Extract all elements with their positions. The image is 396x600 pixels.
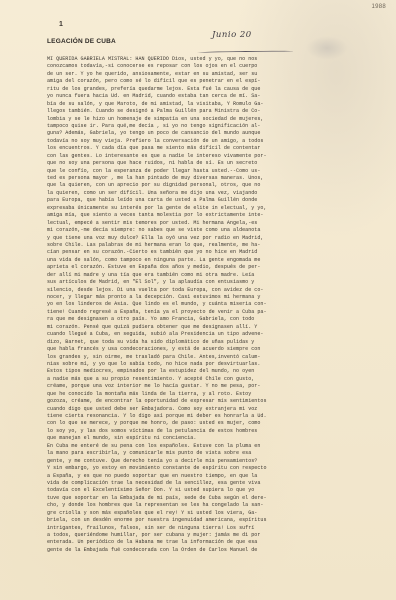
page-marker: 1	[59, 21, 63, 28]
letter-line: lombia y se le hizo un homenaje de simpa…	[47, 116, 387, 123]
letter-line: gente, y me contuve. Que derecho tenía y…	[47, 458, 387, 465]
letter-line: que le confío, con la esperanza de poder…	[47, 168, 387, 175]
letter-line: ritu de los grandes, prefería quedarme l…	[47, 86, 387, 93]
letter-line: lo soy yo, y las dos somos víctimas de l…	[47, 428, 387, 435]
letter-line: expresaba únicamente su interés por la g…	[47, 205, 387, 212]
archive-number: 1988	[371, 4, 386, 10]
letter-line: silencio, desde lejos. Di una vuelta por…	[47, 287, 387, 294]
letter-line: Y sin embargo, yo estoy en movimiento co…	[47, 465, 387, 472]
letter-line: a todos, queriéndome humillar, por ser c…	[47, 532, 387, 539]
letter-line: con lo que se merece, y porque me honro,…	[47, 420, 387, 427]
letter-line: MI QUERIDA GABRIELA MISTRAL: HAN QUERIDO…	[47, 56, 387, 63]
letter-line: Estos tipos mediocres, empinados por la …	[47, 368, 387, 375]
letter-line: tampoco quise ir. Para qué,me decía , si…	[47, 123, 387, 130]
letter-line: amiga mía, que siento a veces tanta mole…	[47, 212, 387, 219]
letter-page: 1988 1 LEGACIÓN DE CUBA Junio 20 MI QUER…	[0, 0, 396, 600]
letter-line: de un ser. Y yo he querido, ansiosamente…	[47, 71, 387, 78]
letter-line: tiene cierta resonancia. Y lo digo así p…	[47, 413, 387, 420]
letter-line: cuando llegué a Cuba, en seguida, subió …	[47, 331, 387, 338]
letter-line: guna? Además, Gabriela, yo tengo un poco…	[47, 130, 387, 137]
letter-line: todavía con el Excelentísimo Señor Don. …	[47, 487, 387, 494]
letter-line: a nadie más que a su propio resentimient…	[47, 376, 387, 383]
letter-line: gre criolla y son más españoles que el r…	[47, 510, 387, 517]
letter-line: la mano para escribirla, y comunicarle m…	[47, 450, 387, 457]
letter-body: MI QUERIDA GABRIELA MISTRAL: HAN QUERIDO…	[47, 56, 387, 554]
letter-line: yo nunca fuera hacia Ud. en Madrid, cuan…	[47, 93, 387, 100]
letter-line: con las gentes. Lo interesante es que a …	[47, 153, 387, 160]
letter-line: que no soy una persona que hace ruidos, …	[47, 160, 387, 167]
letter-line: créame, porque una voz interior me lo ha…	[47, 383, 387, 390]
letter-line: aprieta el corazón. Estuve en España dos…	[47, 264, 387, 271]
letter-line: lectual, empecé a sentir mis temores por…	[47, 220, 387, 227]
letter-line: der allí mi madre y una tía que era tamb…	[47, 272, 387, 279]
letter-line: amiga del corazón, pero como sé lo difíc…	[47, 78, 387, 85]
letter-line: sus artículos de Madrid, en "El Sol", y …	[47, 279, 387, 286]
letter-line: yo en los linderos de Asia. Que lindo es…	[47, 301, 387, 308]
letter-line: dizo, Barnet, que toda su vida ha sido d…	[47, 339, 387, 346]
letter-line: mi corazón. Pensé que quizá pudiera obte…	[47, 324, 387, 331]
letter-line: briela, con un desdén enorme por nuestra…	[47, 517, 387, 524]
letter-line: a España, y es que no puedo soportar que…	[47, 473, 387, 480]
letter-line: nocer, y llegar más pronto a la decepció…	[47, 294, 387, 301]
letter-line: cuando digo que usted debe ser Embajador…	[47, 406, 387, 413]
letter-line: nias sobre mí, y yo que lo sabía todo, n…	[47, 361, 387, 368]
letter-line: y que tiene una voz muy dulce? Ella la o…	[47, 235, 387, 242]
letter-line: que manejan el mundo, sin espíritu ni co…	[47, 435, 387, 442]
letter-line: para Europa, que había leído una carta d…	[47, 197, 387, 204]
letter-line: que habla francés y usa condecoraciones,…	[47, 346, 387, 353]
letter-line: tuve que soportar en la Embajada de mi p…	[47, 495, 387, 502]
letter-line: una vida de salón, como tampoco en ningu…	[47, 257, 387, 264]
letter-line: enterada. Un periódico de la Habana me t…	[47, 539, 387, 546]
letter-line: llegos también. Cuando se designó a Palm…	[47, 108, 387, 115]
letter-line: sobre Chile. Las palabras de mi hermana …	[47, 242, 387, 249]
date-underline	[197, 50, 293, 53]
letter-line: los grandes y, sin oirme, me trasladó pa…	[47, 354, 387, 361]
letter-line: todavía no soy muy vieja. Prefiero la co…	[47, 138, 387, 145]
letter-line: la quieren, como un ser difícil. Una señ…	[47, 190, 387, 197]
letterhead: LEGACIÓN DE CUBA	[47, 38, 116, 45]
letter-line: gente de la Embajada fué condecorada con…	[47, 547, 387, 554]
letter-line: que he conocido la montaña más linda de …	[47, 391, 387, 398]
letter-line: gozoza, créame, de encontrar la oportuni…	[47, 398, 387, 405]
letter-line: bía de su salón, y que Maroto, de mi ami…	[47, 101, 387, 108]
letter-line: vida de complicación trae la necesidad d…	[47, 480, 387, 487]
handwritten-date: Junio 20	[212, 30, 252, 40]
letter-line: ted es persona mayor , me la han pintado…	[47, 175, 387, 182]
letter-line: tiene! Cuando regresé a España, tenía ya…	[47, 309, 387, 316]
letter-line: cían pensar en su corazón.-Cierto es tam…	[47, 249, 387, 256]
letter-line: los encuentros. Y cada día que pasa me s…	[47, 145, 387, 152]
letter-line: que la quieren, con un aprecio por su di…	[47, 182, 387, 189]
letter-line: conozcamos todavía,-si conocerse es repo…	[47, 63, 387, 70]
letter-line: En Cuba me enteré de su pena con los esp…	[47, 443, 387, 450]
letter-line: ra que me designasen a otro país. Yo amo…	[47, 316, 387, 323]
letter-line: intrigantes, frailunos, falsos, sin ser …	[47, 525, 387, 532]
letter-line: cho, y donde los hombres que la represen…	[47, 502, 387, 509]
letter-line: mi corazón,-me decía siempre: no sabes q…	[47, 227, 387, 234]
